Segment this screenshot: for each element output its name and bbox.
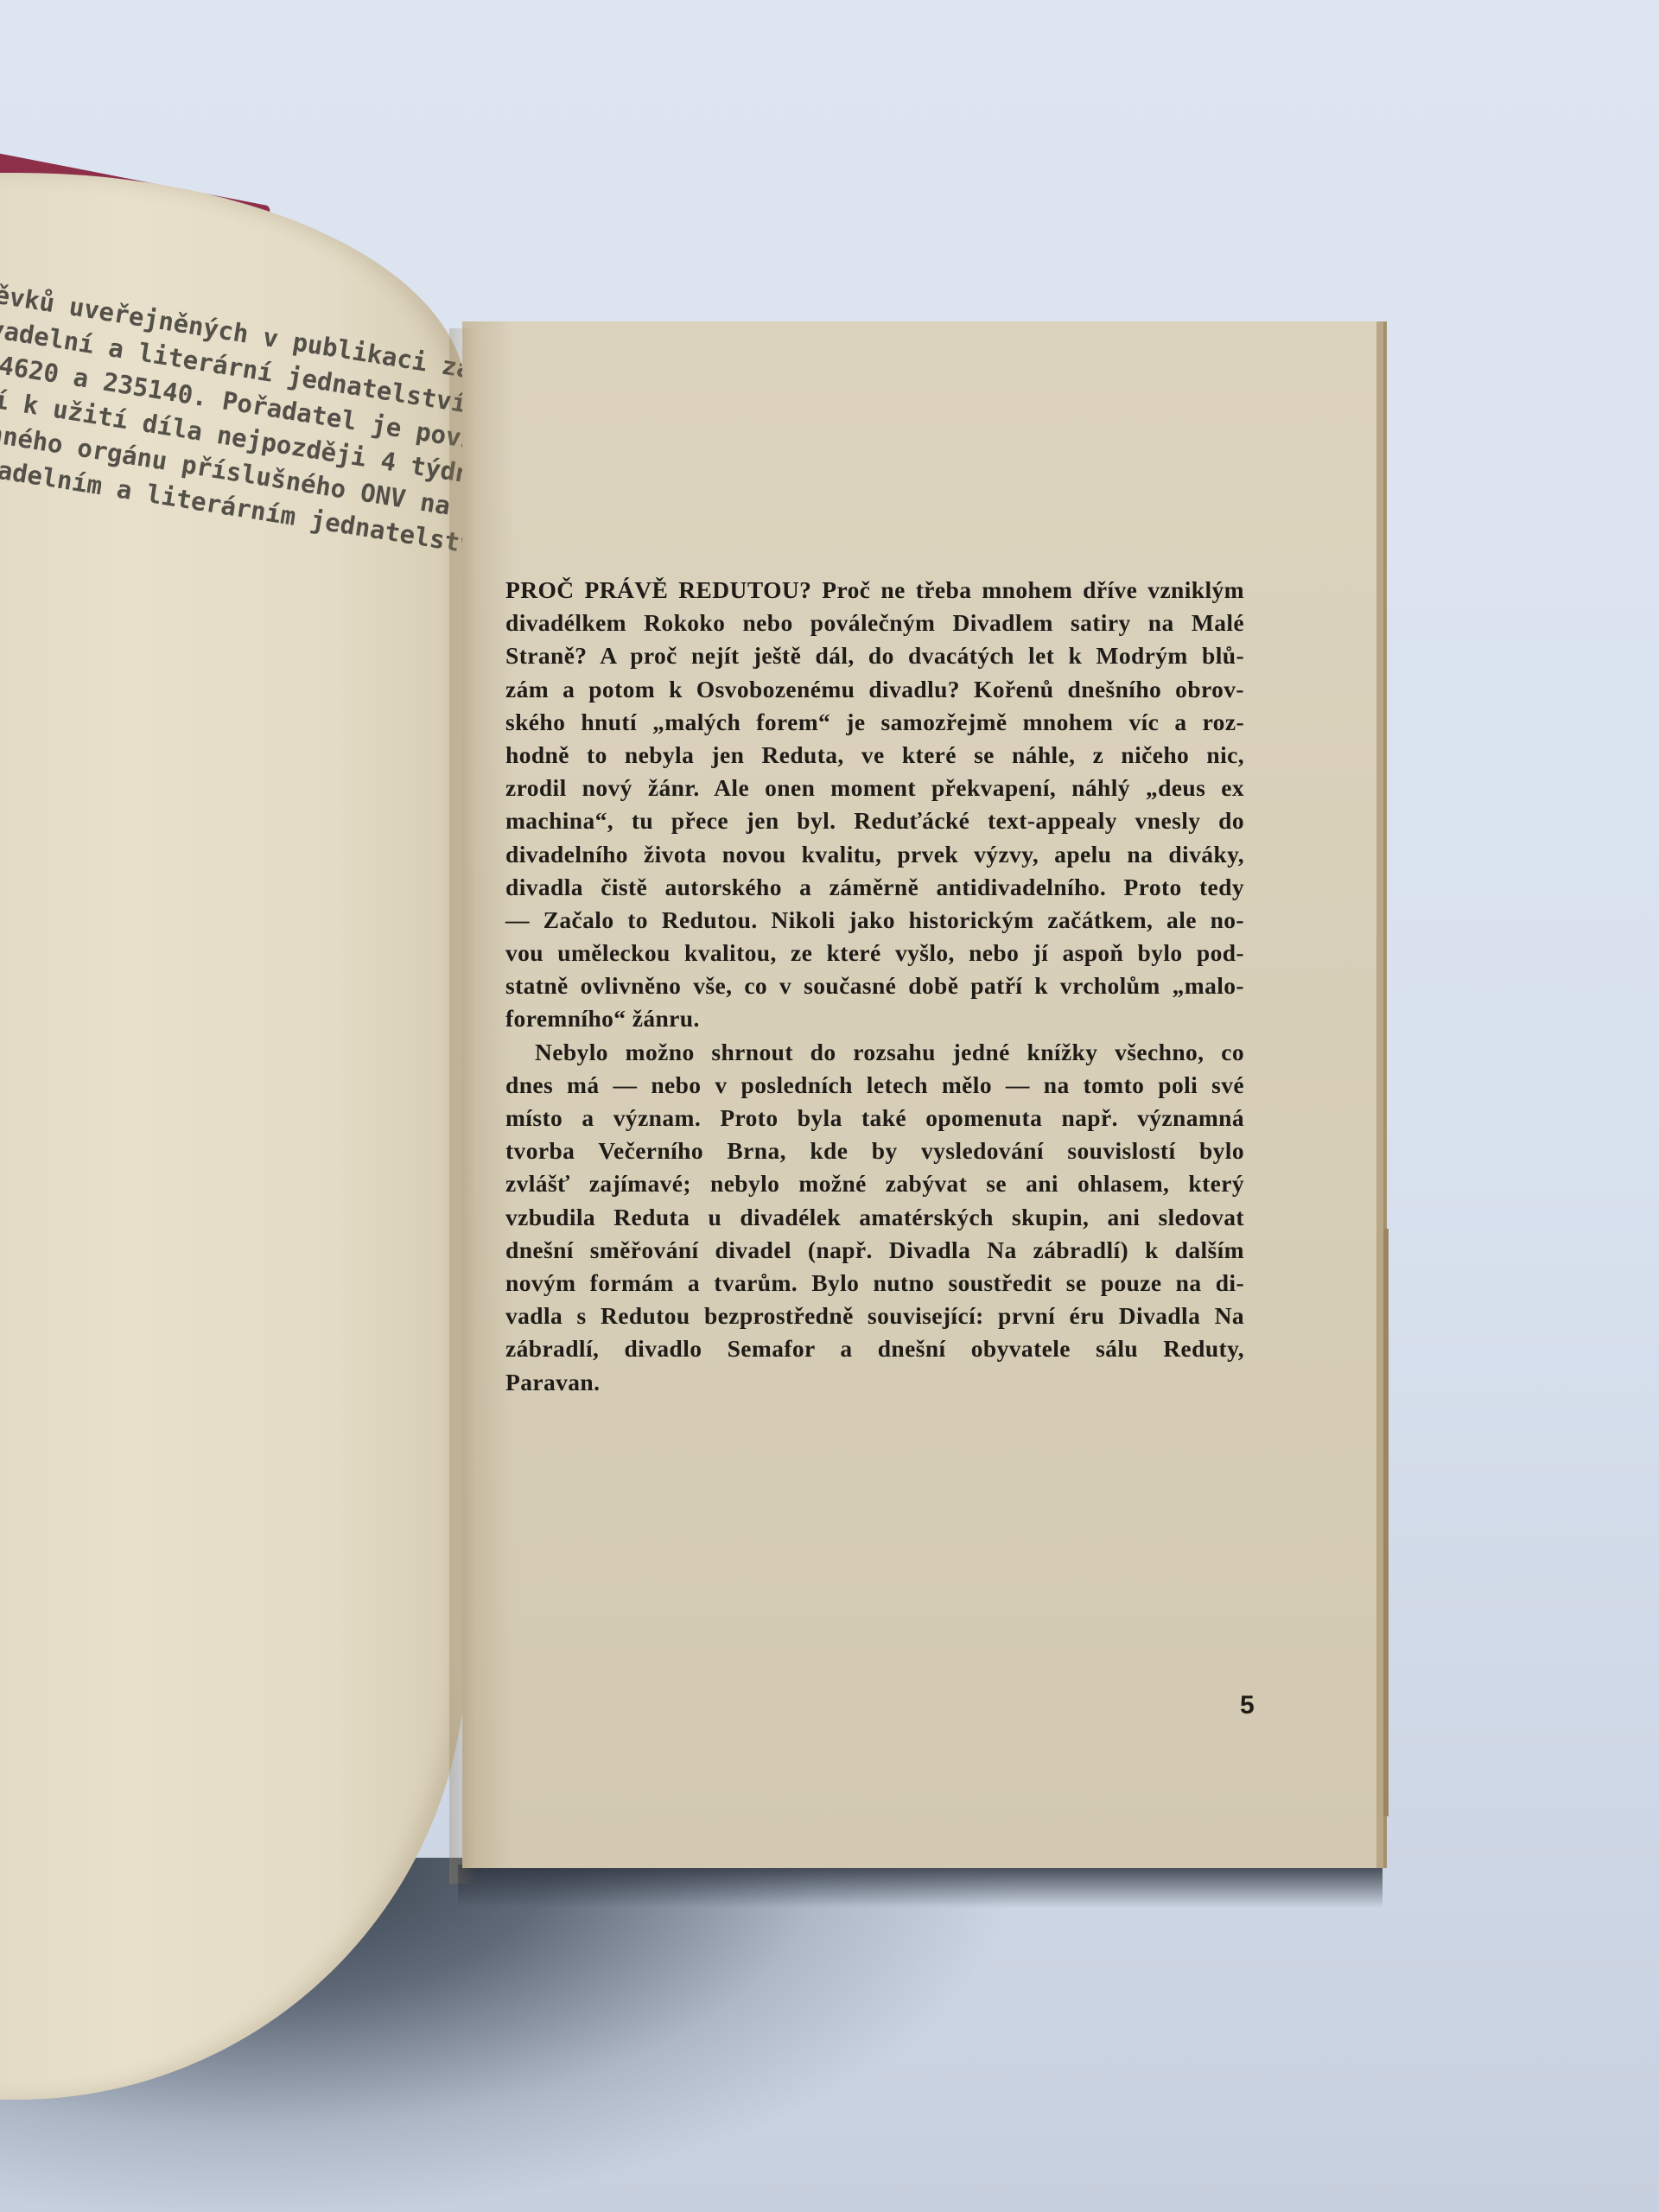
page-block-edge bbox=[1383, 1229, 1389, 1816]
right-page: PROČ PRÁVĚ REDUTOU? Proč ne třeba mnohem… bbox=[462, 321, 1376, 1868]
right-page-line: hodně to nebyla jen Reduta, ve které se … bbox=[505, 739, 1244, 772]
right-page-line: Paravan. bbox=[505, 1366, 1244, 1399]
right-page-line: vadla s Redutou bezprostředně souvisejíc… bbox=[505, 1300, 1244, 1332]
right-page-line: dnes má — nebo v posledních letech mělo … bbox=[505, 1069, 1244, 1102]
right-page-line: novým formám a tvarům. Bylo nutno soustř… bbox=[505, 1267, 1244, 1300]
paragraph-2: Nebylo možno shrnout do rozsahu jedné kn… bbox=[505, 1036, 1244, 1399]
right-page-line: foremního“ žánru. bbox=[505, 1002, 1244, 1035]
right-page-line: zám a potom k Osvobozenému divadlu? Koře… bbox=[505, 673, 1244, 706]
right-page-line: divadla čistě autorského a záměrně antid… bbox=[505, 871, 1244, 904]
right-page-line: zrodil nový žánr. Ale onen moment překva… bbox=[505, 772, 1244, 804]
right-page-line: tvorba Večerního Brna, kde by vysledován… bbox=[505, 1135, 1244, 1167]
right-page-line: vzbudila Reduta u divadélek amatérských … bbox=[505, 1201, 1244, 1234]
right-page-text: PROČ PRÁVĚ REDUTOU? Proč ne třeba mnohem… bbox=[505, 574, 1244, 1399]
right-page-line: Nebylo možno shrnout do rozsahu jedné kn… bbox=[505, 1036, 1244, 1069]
book-gutter bbox=[449, 328, 475, 1884]
right-page-line: zvlášť zajímavé; nebylo možné zabývat se… bbox=[505, 1167, 1244, 1200]
right-page-line: vou uměleckou kvalitou, ze které vyšlo, … bbox=[505, 937, 1244, 969]
right-page-line: Straně? A proč nejít ještě dál, do dvacá… bbox=[505, 639, 1244, 672]
right-page-shadow bbox=[458, 1865, 1382, 1908]
right-page-line: divadelního života novou kvalitu, prvek … bbox=[505, 838, 1244, 871]
right-page-line: dnešní směřování divadel (např. Divadla … bbox=[505, 1234, 1244, 1267]
right-page-line: — Začalo to Redutou. Nikoli jako histori… bbox=[505, 904, 1244, 937]
right-page-line: PROČ PRÁVĚ REDUTOU? Proč ne třeba mnohem… bbox=[505, 574, 1244, 607]
paragraph-1: PROČ PRÁVĚ REDUTOU? Proč ne třeba mnohem… bbox=[505, 574, 1244, 1036]
page-number: 5 bbox=[1240, 1691, 1255, 1720]
right-page-line: zábradlí, divadlo Semafor a dnešní obyva… bbox=[505, 1332, 1244, 1365]
right-page-line: ského hnutí „malých forem“ je samozřejmě… bbox=[505, 706, 1244, 739]
left-page: pěvků uveřejněných v publikaci zadá ivad… bbox=[0, 173, 467, 2100]
right-page-line: statně ovlivněno vše, co v současné době… bbox=[505, 969, 1244, 1002]
right-page-line: divadélkem Rokoko nebo poválečným Divadl… bbox=[505, 607, 1244, 639]
right-page-line: místo a význam. Proto byla také opomenut… bbox=[505, 1102, 1244, 1135]
right-page-line: machina“, tu přece jen byl. Reduťácké te… bbox=[505, 804, 1244, 837]
left-page-text: pěvků uveřejněných v publikaci zadá ivad… bbox=[0, 275, 461, 556]
